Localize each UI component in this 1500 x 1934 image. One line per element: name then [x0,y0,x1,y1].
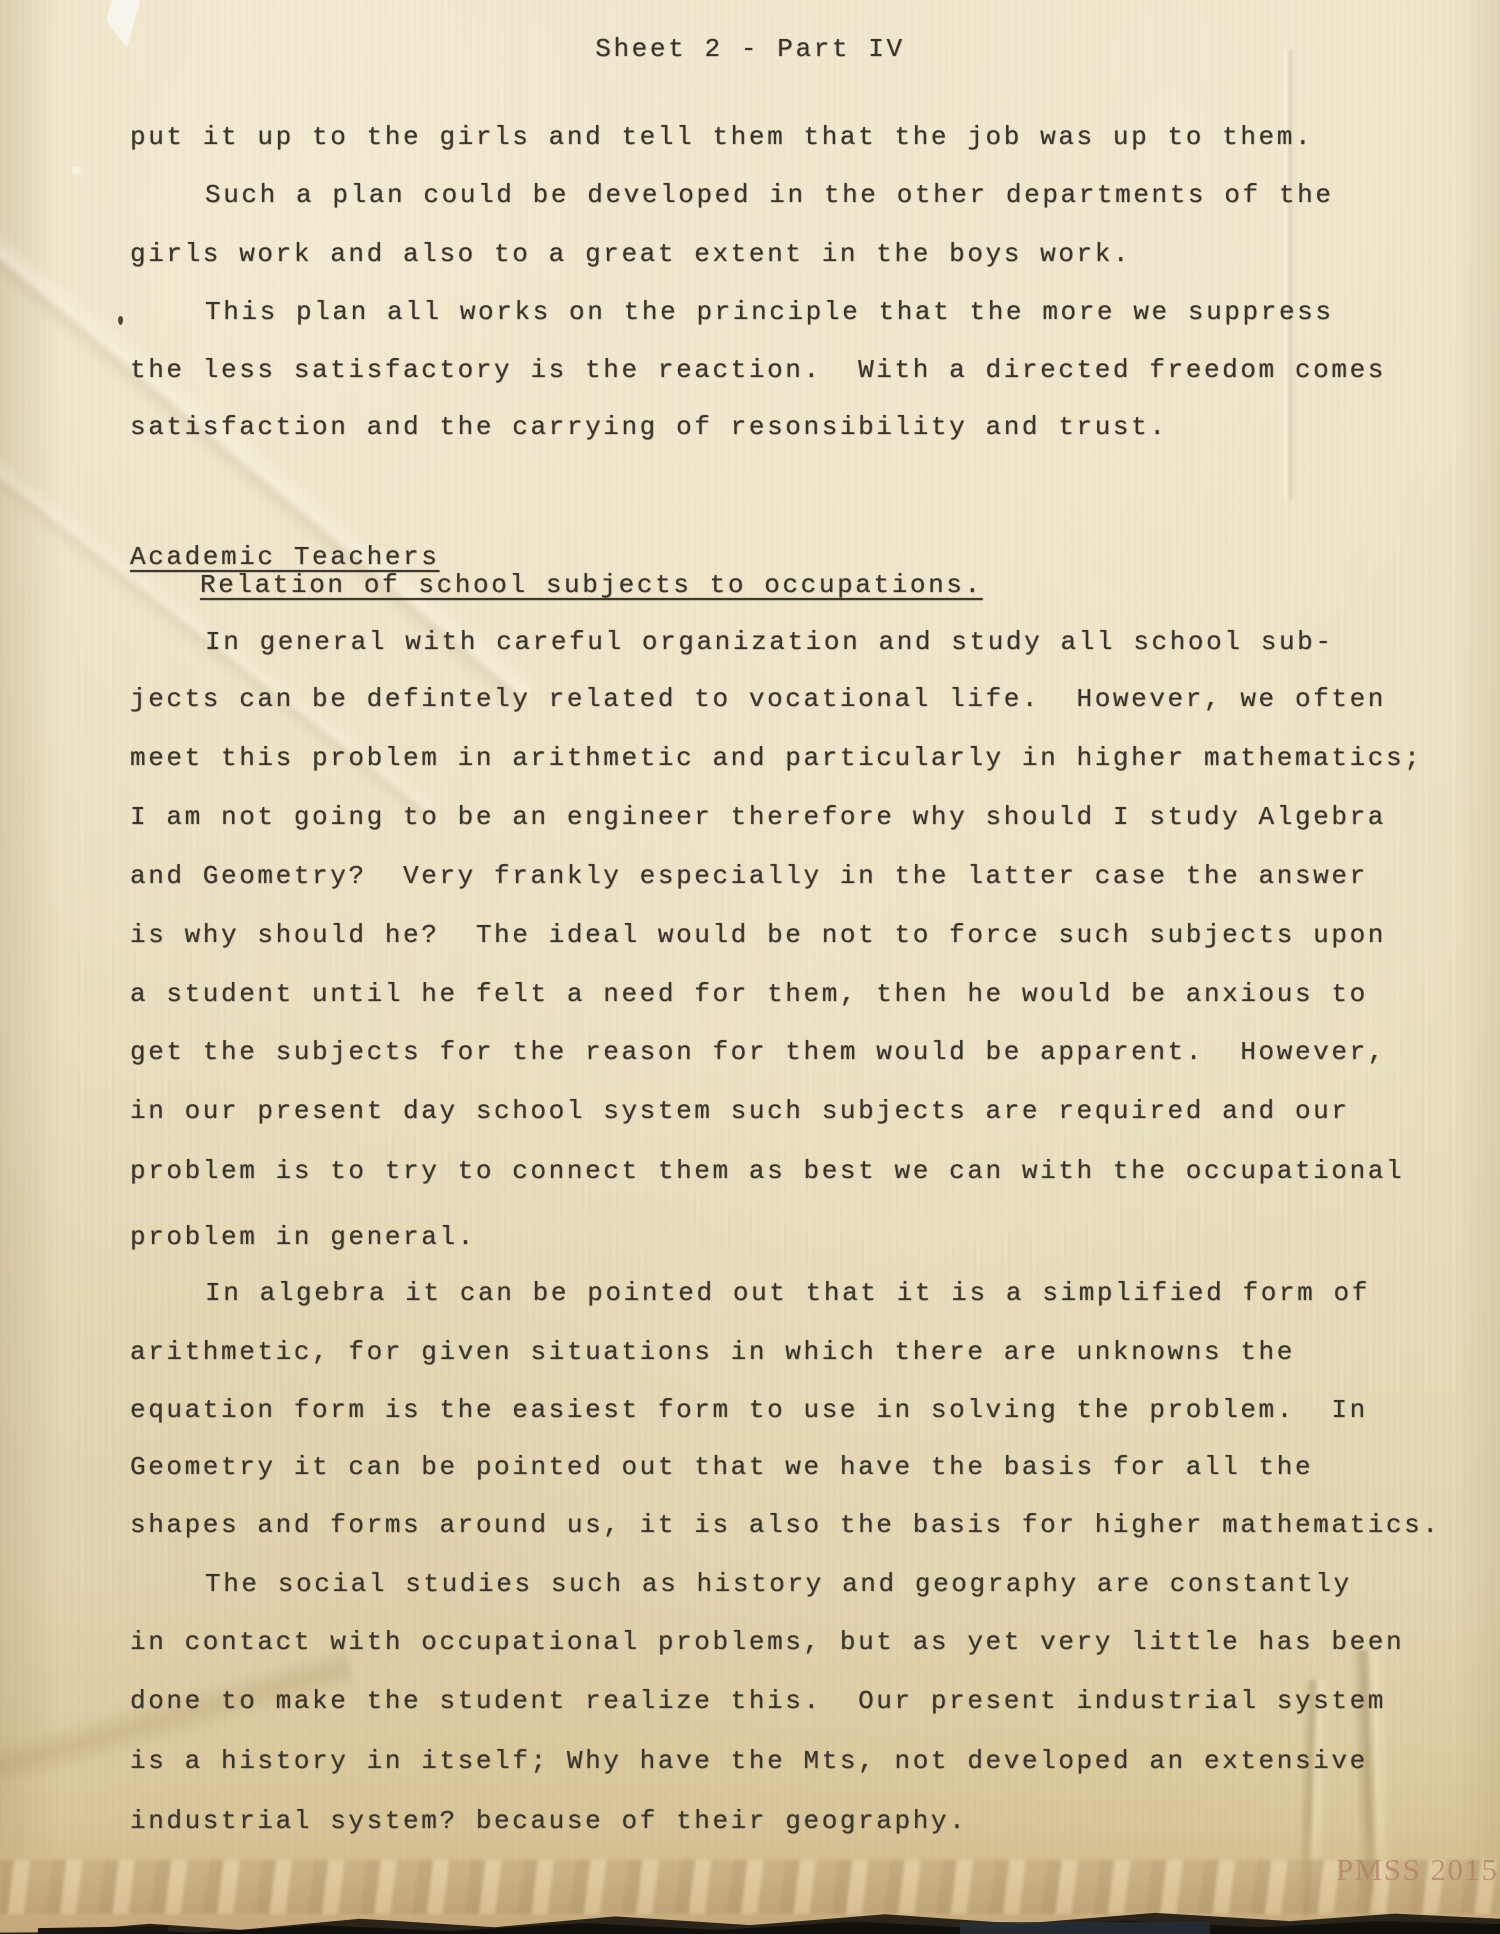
scan-background-strip [38,1926,168,1934]
text-line: the less satisfactory is the reaction. W… [130,355,1386,385]
text-line: girls work and also to a great extent in… [130,239,1131,269]
paper-edge-shade-left [0,0,60,1934]
text-line: I am not going to be an engineer therefo… [130,802,1386,832]
scanned-document-page: Sheet 2 - Part IV put it up to the girls… [0,0,1500,1934]
text-line: put it up to the girls and tell them tha… [130,122,1313,152]
text-line: Academic Teachers [130,542,439,572]
text-line: This plan all works on the principle tha… [205,297,1334,327]
paper-edge-shade-right [1454,0,1500,1934]
text-line: is why should he? The ideal would be not… [130,920,1386,950]
page-title: Sheet 2 - Part IV [0,34,1500,64]
text-line: and Geometry? Very frankly especially in… [130,861,1368,891]
watermark: PMSS 2015 [1336,1852,1499,1888]
ink-speck [118,316,123,325]
text-line: in contact with occupational problems, b… [130,1627,1404,1657]
text-line: is a history in itself; Why have the Mts… [130,1746,1368,1776]
text-line: in our present day school system such su… [130,1096,1350,1126]
scan-background-strip [960,1922,1210,1934]
text-line: shapes and forms around us, it is also t… [130,1510,1441,1540]
text-line: In algebra it can be pointed out that it… [205,1278,1370,1308]
text-line: done to make the student realize this. O… [130,1686,1386,1716]
text-line: satisfaction and the carrying of resonsi… [130,412,1168,442]
paper-crumpled-edge [0,1860,1500,1914]
text-line: arithmetic, for given situations in whic… [130,1337,1295,1367]
text-line: In general with careful organization and… [205,627,1334,657]
paper-crease [1281,50,1295,500]
text-line: Such a plan could be developed in the ot… [205,180,1334,210]
text-line: The social studies such as history and g… [205,1569,1352,1599]
text-line: a student until he felt a need for them,… [130,979,1368,1009]
text-line: Relation of school subjects to occupatio… [200,570,983,600]
paper-speck [72,166,81,175]
text-line: problem is to try to connect them as bes… [130,1156,1404,1186]
text-line: Geometry it can be pointed out that we h… [130,1452,1313,1482]
text-line: meet this problem in arithmetic and part… [130,743,1422,773]
text-line: get the subjects for the reason for them… [130,1037,1386,1067]
text-line: industrial system? because of their geog… [130,1806,967,1836]
text-line: problem in general. [130,1222,476,1252]
text-line: equation form is the easiest form to use… [130,1395,1368,1425]
text-line: jects can be defintely related to vocati… [130,684,1386,714]
